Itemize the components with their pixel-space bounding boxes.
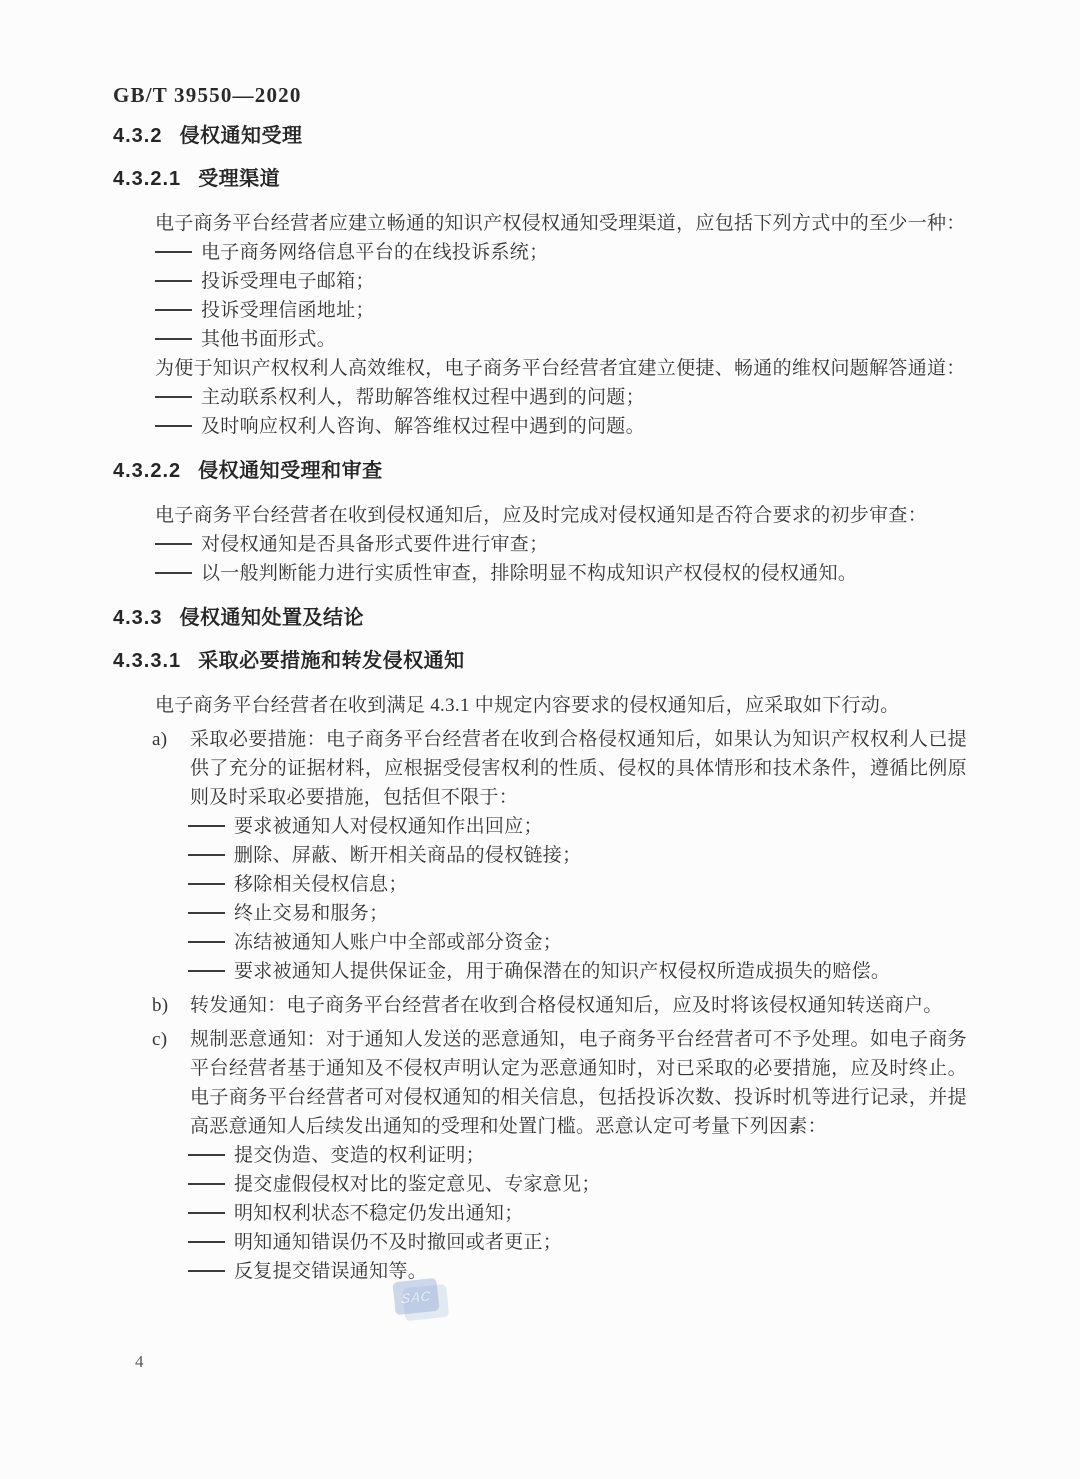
paragraph: 电子商务平台经营者在收到满足 4.3.1 中规定内容要求的侵权通知后，应采取如下… bbox=[155, 691, 967, 720]
item-text: 规制恶意通知：对于通知人发送的恶意通知，电子商务平台经营者可不予处理。如电子商务… bbox=[190, 1025, 967, 1141]
section-number: 4.3.2.2 bbox=[113, 460, 181, 482]
item-letter: c) bbox=[152, 1025, 190, 1141]
dash-list-item: 删除、屏蔽、断开相关商品的侵权链接； bbox=[188, 841, 978, 870]
section-number: 4.3.3 bbox=[113, 607, 162, 629]
dash-item-text: 主动联系权利人，帮助解答维权过程中遇到的问题； bbox=[201, 387, 645, 408]
dash-bullet bbox=[188, 1212, 225, 1214]
dash-list-item: 提交伪造、变造的权利证明； bbox=[188, 1141, 978, 1170]
dash-item-text: 以一般判断能力进行实质性审查，排除明显不构成知识产权侵权的侵权通知。 bbox=[201, 563, 857, 584]
item-letter: a) bbox=[152, 725, 190, 812]
dash-list-item: 电子商务网络信息平台的在线投诉系统； bbox=[155, 238, 967, 267]
dash-item-text: 冻结被通知人账户中全部或部分资金； bbox=[234, 932, 562, 953]
dash-list: 主动联系权利人，帮助解答维权过程中遇到的问题；及时响应权利人咨询、解答维权过程中… bbox=[113, 383, 973, 441]
dash-bullet bbox=[155, 280, 192, 282]
dash-list-item: 明知权利状态不稳定仍发出通知； bbox=[188, 1199, 978, 1228]
dash-list: 对侵权通知是否具备形式要件进行审查；以一般判断能力进行实质性审查，排除明显不构成… bbox=[113, 530, 973, 588]
dash-list-item: 以一般判断能力进行实质性审查，排除明显不构成知识产权侵权的侵权通知。 bbox=[155, 559, 967, 588]
dash-item-text: 及时响应权利人咨询、解答维权过程中遇到的问题。 bbox=[201, 416, 645, 437]
dash-item-text: 提交虚假侵权对比的鉴定意见、专家意见； bbox=[234, 1174, 601, 1195]
dash-list-item: 终止交易和服务； bbox=[188, 899, 978, 928]
section-heading-4.3.2.1: 4.3.2.1受理渠道 bbox=[113, 166, 973, 192]
dash-list: 要求被通知人对侵权通知作出回应；删除、屏蔽、断开相关商品的侵权链接；移除相关侵权… bbox=[113, 812, 973, 986]
dash-item-text: 明知权利状态不稳定仍发出通知； bbox=[234, 1203, 524, 1224]
section-title: 采取必要措施和转发侵权通知 bbox=[198, 650, 465, 672]
section-number: 4.3.2.1 bbox=[113, 168, 181, 190]
dash-bullet bbox=[155, 425, 192, 427]
dash-list-item: 移除相关侵权信息； bbox=[188, 870, 978, 899]
dash-list-item: 冻结被通知人账户中全部或部分资金； bbox=[188, 928, 978, 957]
section-title: 受理渠道 bbox=[198, 168, 280, 190]
dash-bullet bbox=[155, 251, 192, 253]
dash-list-item: 投诉受理电子邮箱； bbox=[155, 267, 967, 296]
dash-bullet bbox=[155, 543, 192, 545]
sac-watermark-text: SAC bbox=[401, 1287, 431, 1306]
section-heading-4.3.3.1: 4.3.3.1采取必要措施和转发侵权通知 bbox=[113, 648, 973, 674]
item-letter: b) bbox=[152, 991, 190, 1020]
dash-list-item: 要求被通知人提供保证金，用于确保潜在的知识产权侵权所造成损失的赔偿。 bbox=[188, 957, 978, 986]
dash-item-text: 删除、屏蔽、断开相关商品的侵权链接； bbox=[234, 845, 581, 866]
dash-bullet bbox=[188, 1241, 225, 1243]
dash-item-text: 其他书面形式。 bbox=[201, 329, 336, 350]
dash-list-item: 主动联系权利人，帮助解答维权过程中遇到的问题； bbox=[155, 383, 967, 412]
dash-item-text: 对侵权通知是否具备形式要件进行审查； bbox=[201, 534, 548, 555]
dash-item-text: 移除相关侵权信息； bbox=[234, 874, 408, 895]
section-heading-4.3.3: 4.3.3侵权通知处置及结论 bbox=[113, 605, 973, 631]
dash-list-item: 投诉受理信函地址； bbox=[155, 296, 967, 325]
dash-list-item: 要求被通知人对侵权通知作出回应； bbox=[188, 812, 978, 841]
section-title: 侵权通知处置及结论 bbox=[179, 607, 364, 629]
dash-item-text: 明知通知错误仍不及时撤回或者更正； bbox=[234, 1232, 562, 1253]
document-page: GB/T 39550—2020 4.3.2侵权通知受理4.3.2.1受理渠道电子… bbox=[0, 0, 1080, 1479]
dash-list: 提交伪造、变造的权利证明；提交虚假侵权对比的鉴定意见、专家意见；明知权利状态不稳… bbox=[113, 1141, 973, 1286]
paragraph: 电子商务平台经营者应建立畅通的知识产权侵权通知受理渠道，应包括下列方式中的至少一… bbox=[155, 209, 967, 238]
lettered-item-a: a)采取必要措施：电子商务平台经营者在收到合格侵权通知后，如果认为知识产权权利人… bbox=[152, 725, 973, 812]
item-text: 采取必要措施：电子商务平台经营者在收到合格侵权通知后，如果认为知识产权权利人已提… bbox=[190, 725, 967, 812]
dash-bullet bbox=[188, 912, 225, 914]
dash-bullet bbox=[188, 970, 225, 972]
section-heading-4.3.2.2: 4.3.2.2侵权通知受理和审查 bbox=[113, 458, 973, 484]
dash-list-item: 明知通知错误仍不及时撤回或者更正； bbox=[188, 1228, 978, 1257]
dash-bullet bbox=[188, 1154, 225, 1156]
dash-item-text: 投诉受理电子邮箱； bbox=[201, 271, 375, 292]
section-number: 4.3.3.1 bbox=[113, 650, 181, 672]
dash-bullet bbox=[155, 396, 192, 398]
page-number: 4 bbox=[135, 1352, 144, 1372]
dash-bullet bbox=[188, 1183, 225, 1185]
dash-list-item: 及时响应权利人咨询、解答维权过程中遇到的问题。 bbox=[155, 412, 967, 441]
lettered-item-b: b)转发通知：电子商务平台经营者在收到合格侵权通知后，应及时将该侵权通知转送商户… bbox=[152, 991, 973, 1020]
paragraph: 电子商务平台经营者在收到侵权通知后，应及时完成对侵权通知是否符合要求的初步审查： bbox=[155, 501, 967, 530]
dash-bullet bbox=[188, 883, 225, 885]
dash-item-text: 电子商务网络信息平台的在线投诉系统； bbox=[201, 242, 548, 263]
document-body: 4.3.2侵权通知受理4.3.2.1受理渠道电子商务平台经营者应建立畅通的知识产… bbox=[113, 106, 973, 1286]
dash-bullet bbox=[188, 854, 225, 856]
dash-item-text: 要求被通知人提供保证金，用于确保潜在的知识产权侵权所造成损失的赔偿。 bbox=[234, 961, 890, 982]
dash-item-text: 终止交易和服务； bbox=[234, 903, 388, 924]
dash-item-text: 提交伪造、变造的权利证明； bbox=[234, 1145, 485, 1166]
item-text: 转发通知：电子商务平台经营者在收到合格侵权通知后，应及时将该侵权通知转送商户。 bbox=[190, 991, 967, 1020]
section-heading-4.3.2: 4.3.2侵权通知受理 bbox=[113, 123, 973, 149]
dash-item-text: 反复提交错误通知等。 bbox=[234, 1261, 427, 1282]
standard-number-header: GB/T 39550—2020 bbox=[113, 83, 302, 108]
dash-list-item: 对侵权通知是否具备形式要件进行审查； bbox=[155, 530, 967, 559]
section-title: 侵权通知受理和审查 bbox=[198, 460, 383, 482]
section-title: 侵权通知受理 bbox=[179, 125, 302, 147]
dash-list-item: 其他书面形式。 bbox=[155, 325, 967, 354]
dash-bullet bbox=[188, 941, 225, 943]
paragraph: 为便于知识产权权利人高效维权，电子商务平台经营者宜建立便捷、畅通的维权问题解答通… bbox=[155, 354, 967, 383]
dash-bullet bbox=[188, 1270, 225, 1272]
dash-item-text: 要求被通知人对侵权通知作出回应； bbox=[234, 816, 543, 837]
section-number: 4.3.2 bbox=[113, 125, 162, 147]
dash-bullet bbox=[155, 338, 192, 340]
dash-list: 电子商务网络信息平台的在线投诉系统；投诉受理电子邮箱；投诉受理信函地址；其他书面… bbox=[113, 238, 973, 354]
dash-bullet bbox=[155, 309, 192, 311]
dash-item-text: 投诉受理信函地址； bbox=[201, 300, 375, 321]
dash-list-item: 提交虚假侵权对比的鉴定意见、专家意见； bbox=[188, 1170, 978, 1199]
lettered-item-c: c)规制恶意通知：对于通知人发送的恶意通知，电子商务平台经营者可不予处理。如电子… bbox=[152, 1025, 973, 1141]
dash-list-item: 反复提交错误通知等。 bbox=[188, 1257, 978, 1286]
dash-bullet bbox=[188, 825, 225, 827]
dash-bullet bbox=[155, 572, 192, 574]
